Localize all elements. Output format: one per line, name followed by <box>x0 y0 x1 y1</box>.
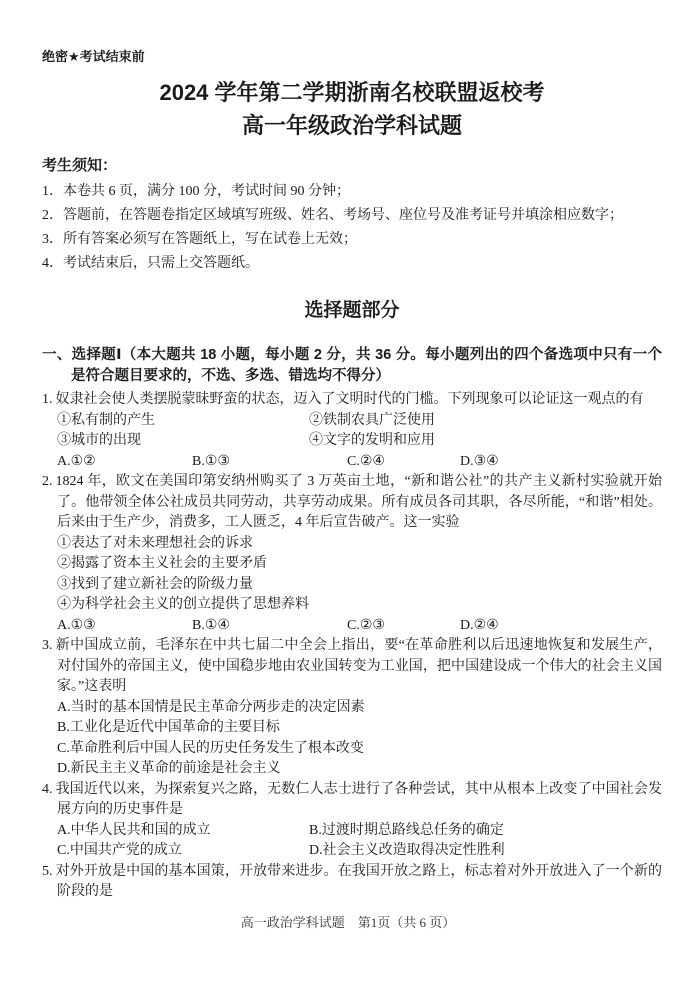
question-stem-text: 1824 年，欧文在美国印第安纳州购买了 3 万英亩土地，“新和谐公社”的共产主… <box>56 474 663 530</box>
option-b: B.工业化是近代中国革命的主要目标 <box>57 718 662 739</box>
page-footer: 高一政治学科试题 第1页（共 6 页） <box>0 912 696 931</box>
question-items: ①私有制的产生 ②铁制农具广泛使用 ③城市的出现 ④文字的发明和应用 <box>57 411 662 452</box>
question-options: A.当时的基本国情是民主革命分两步走的决定因素 B.工业化是近代中国革命的主要目… <box>57 698 662 780</box>
question-options: A.中华人民共和国的成立 B.过渡时期总路线总任务的确定 C.中国共产党的成立 … <box>57 821 662 862</box>
option-c: C.②③ <box>347 616 460 637</box>
question-items: ①表达了对未来理想社会的诉求 ②揭露了资本主义社会的主要矛盾 ③找到了建立新社会… <box>57 534 662 616</box>
item-4: ④文字的发明和应用 <box>309 431 662 452</box>
question-stem: 5.对外开放是中国的基本国策，开放带来进步。在我国开放之路上，标志着对外开放进入… <box>42 862 662 903</box>
item-2: ②揭露了资本主义社会的主要矛盾 <box>57 554 662 575</box>
option-d: D.社会主义改造取得决定性胜利 <box>309 841 662 862</box>
notice-item: 2．答题前，在答题卷指定区域填写班级、姓名、考场号、座位号及准考证号并填涂相应数… <box>42 204 662 228</box>
option-d: D.新民主主义革命的前途是社会主义 <box>57 759 662 780</box>
question-number: 1. <box>42 392 53 407</box>
option-c: C.革命胜利后中国人民的历史任务发生了根本改变 <box>57 739 662 760</box>
notice-item: 1．本卷共 6 页，满分 100 分，考试时间 90 分钟； <box>42 180 662 204</box>
question-stem-text: 对外开放是中国的基本国策，开放带来进步。在我国开放之路上，标志着对外开放进入了一… <box>56 864 663 900</box>
option-d: D.③④ <box>460 452 499 473</box>
item-3: ③找到了建立新社会的阶级力量 <box>57 575 662 596</box>
question-number: 2. <box>42 474 53 489</box>
classification-label: 绝密★考试结束前 <box>42 48 662 66</box>
part-heading: 一、选择题Ⅰ（本大题共 18 小题，每小题 2 分，共 36 分。每小题列出的四… <box>42 345 662 387</box>
item-1: ①私有制的产生 <box>57 411 309 432</box>
option-a: A.中华人民共和国的成立 <box>57 821 309 842</box>
question-stem: 3.新中国成立前，毛泽东在中共七届二中全会上指出，要“在革命胜利以后迅速地恢复和… <box>42 636 662 698</box>
question-stem-text: 我国近代以来，为探索复兴之路，无数仁人志士进行了各种尝试，其中从根本上改变了中国… <box>56 782 663 818</box>
item-3: ③城市的出现 <box>57 431 309 452</box>
question-1: 1.奴隶社会使人类摆脱蒙昧野蛮的状态，迈入了文明时代的门槛。下列现象可以论证这一… <box>42 390 662 472</box>
item-4: ④为科学社会主义的创立提供了思想养料 <box>57 595 662 616</box>
section-title: 选择题部分 <box>42 298 662 323</box>
notice-item: 3．所有答案必须写在答题纸上，写在试卷上无效； <box>42 228 662 252</box>
option-b: B.①④ <box>192 616 347 637</box>
question-stem-text: 新中国成立前，毛泽东在中共七届二中全会上指出，要“在革命胜利以后迅速地恢复和发展… <box>56 638 663 694</box>
notice-list: 1．本卷共 6 页，满分 100 分，考试时间 90 分钟； 2．答题前，在答题… <box>42 180 662 276</box>
question-stem-text: 奴隶社会使人类摆脱蒙昧野蛮的状态，迈入了文明时代的门槛。下列现象可以论证这一观点… <box>56 392 644 407</box>
option-a: A.①③ <box>57 616 192 637</box>
question-stem: 2.1824 年，欧文在美国印第安纳州购买了 3 万英亩土地，“新和谐公社”的共… <box>42 472 662 534</box>
notice-heading: 考生须知： <box>42 156 662 176</box>
question-stem: 1.奴隶社会使人类摆脱蒙昧野蛮的状态，迈入了文明时代的门槛。下列现象可以论证这一… <box>42 390 662 411</box>
question-5: 5.对外开放是中国的基本国策，开放带来进步。在我国开放之路上，标志着对外开放进入… <box>42 862 662 903</box>
question-options: A.①③ B.①④ C.②③ D.②④ <box>57 616 662 637</box>
question-2: 2.1824 年，欧文在美国印第安纳州购买了 3 万英亩土地，“新和谐公社”的共… <box>42 472 662 636</box>
exam-title-block: 2024 学年第二学期浙南名校联盟返校考 高一年级政治学科试题 <box>42 76 662 142</box>
question-number: 5. <box>42 864 53 879</box>
item-1: ①表达了对未来理想社会的诉求 <box>57 534 662 555</box>
exam-paper-page: 绝密★考试结束前 2024 学年第二学期浙南名校联盟返校考 高一年级政治学科试题… <box>0 0 696 983</box>
question-4: 4.我国近代以来，为探索复兴之路，无数仁人志士进行了各种尝试，其中从根本上改变了… <box>42 780 662 862</box>
option-d: D.②④ <box>460 616 499 637</box>
question-number: 4. <box>42 782 53 797</box>
option-c: C.中国共产党的成立 <box>57 841 309 862</box>
question-options: A.①② B.①③ C.②④ D.③④ <box>57 452 662 473</box>
question-number: 3. <box>42 638 53 653</box>
exam-title: 2024 学年第二学期浙南名校联盟返校考 <box>42 76 662 109</box>
option-b: B.过渡时期总路线总任务的确定 <box>309 821 662 842</box>
option-a: A.当时的基本国情是民主革命分两步走的决定因素 <box>57 698 662 719</box>
option-b: B.①③ <box>192 452 347 473</box>
item-2: ②铁制农具广泛使用 <box>309 411 662 432</box>
exam-subtitle: 高一年级政治学科试题 <box>42 109 662 142</box>
question-3: 3.新中国成立前，毛泽东在中共七届二中全会上指出，要“在革命胜利以后迅速地恢复和… <box>42 636 662 780</box>
question-stem: 4.我国近代以来，为探索复兴之路，无数仁人志士进行了各种尝试，其中从根本上改变了… <box>42 780 662 821</box>
option-a: A.①② <box>57 452 192 473</box>
option-c: C.②④ <box>347 452 460 473</box>
notice-item: 4．考试结束后，只需上交答题纸。 <box>42 252 662 276</box>
